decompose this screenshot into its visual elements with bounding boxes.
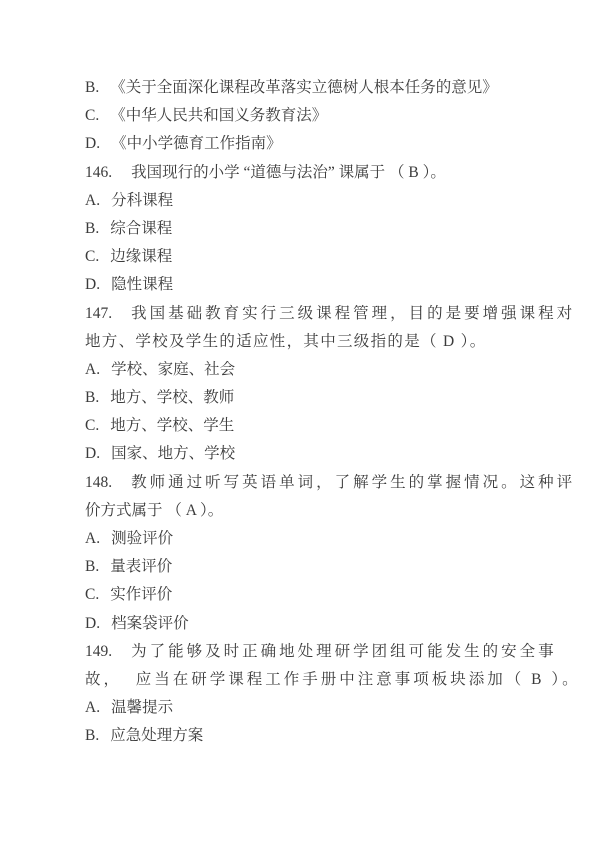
option-label: D. [85, 610, 100, 638]
line-text: 价方式属于 （ A ）。 [85, 502, 223, 519]
line-text: 实作评价 [110, 586, 172, 603]
option-label: C. [85, 243, 99, 271]
line-text: 我国基础教育实行三级课程管理，目的是要增强课程对 [131, 305, 575, 322]
option-line: B.应急处理方案 [85, 722, 590, 750]
question-text-block: B.《关于全面深化课程改革落实立德树人根本任务的意见》C.《中华人民共和国义务教… [85, 74, 590, 751]
option-label: B. [85, 74, 99, 102]
line-text: 故， 应当在研学课程工作手册中注意事项板块添加（ B ）。 [85, 671, 581, 688]
question-line: 147.我国基础教育实行三级课程管理，目的是要增强课程对 [85, 300, 590, 328]
option-line: B.综合课程 [85, 215, 590, 243]
option-label: B. [85, 722, 99, 750]
continuation-line: 价方式属于 （ A ）。 [85, 497, 590, 525]
line-text: 边缘课程 [110, 248, 172, 265]
line-text: 我国现行的小学 “道德与法治” 课属于 （ B ）。 [131, 164, 446, 181]
line-text: 国家、地方、学校 [111, 445, 235, 462]
line-text: 综合课程 [110, 220, 172, 237]
question-number: 148. [85, 469, 112, 497]
option-label: D. [85, 271, 100, 299]
line-text: 《关于全面深化课程改革落实立德树人根本任务的意见》 [110, 79, 498, 96]
option-label: D. [85, 130, 100, 158]
option-label: B. [85, 553, 99, 581]
continuation-line: 地方、学校及学生的适应性，其中三级指的是（ D ）。 [85, 328, 590, 356]
option-line: D.隐性课程 [85, 271, 590, 299]
line-text: 分科课程 [111, 192, 173, 209]
line-text: 量表评价 [110, 558, 172, 575]
line-text: 温馨提示 [111, 699, 173, 716]
option-line: C.《中华人民共和国义务教育法》 [85, 102, 590, 130]
question-number: 146. [85, 159, 112, 187]
line-text: 学校、家庭、社会 [111, 361, 235, 378]
option-line: A.学校、家庭、社会 [85, 356, 590, 384]
continuation-line: 故， 应当在研学课程工作手册中注意事项板块添加（ B ）。 [85, 666, 590, 694]
option-line: C.地方、学校、学生 [85, 412, 590, 440]
question-line: 148.教师通过听写英语单词，了解学生的掌握情况。这种评 [85, 469, 590, 497]
option-label: B. [85, 384, 99, 412]
line-text: 《中华人民共和国义务教育法》 [110, 107, 327, 124]
option-line: B.《关于全面深化课程改革落实立德树人根本任务的意见》 [85, 74, 590, 102]
line-text: 档案袋评价 [111, 615, 189, 632]
option-line: D.档案袋评价 [85, 610, 590, 638]
question-line: 149.为了能够及时正确地处理研学团组可能发生的安全事 [85, 638, 590, 666]
option-line: A.分科课程 [85, 187, 590, 215]
option-line: B.量表评价 [85, 553, 590, 581]
option-label: A. [85, 525, 100, 553]
question-number: 147. [85, 300, 112, 328]
line-text: 教师通过听写英语单词，了解学生的掌握情况。这种评 [131, 474, 575, 491]
option-label: A. [85, 356, 100, 384]
option-label: B. [85, 215, 99, 243]
line-text: 测验评价 [111, 530, 173, 547]
question-number: 149. [85, 638, 112, 666]
option-line: C.实作评价 [85, 581, 590, 609]
document-page: B.《关于全面深化课程改革落实立德树人根本任务的意见》C.《中华人民共和国义务教… [0, 0, 600, 849]
line-text: 地方、学校、学生 [110, 417, 234, 434]
option-line: C.边缘课程 [85, 243, 590, 271]
line-text: 隐性课程 [111, 276, 173, 293]
option-label: C. [85, 102, 99, 130]
option-label: C. [85, 581, 99, 609]
line-text: 应急处理方案 [110, 727, 203, 744]
line-text: 《中小学德育工作指南》 [111, 135, 282, 152]
option-line: D.国家、地方、学校 [85, 440, 590, 468]
option-label: A. [85, 694, 100, 722]
option-line: A.温馨提示 [85, 694, 590, 722]
option-label: D. [85, 440, 100, 468]
question-line: 146.我国现行的小学 “道德与法治” 课属于 （ B ）。 [85, 159, 590, 187]
option-line: A.测验评价 [85, 525, 590, 553]
line-text: 为了能够及时正确地处理研学团组可能发生的安全事 [131, 643, 557, 660]
line-text: 地方、学校、教师 [110, 389, 234, 406]
option-line: B.地方、学校、教师 [85, 384, 590, 412]
option-line: D.《中小学德育工作指南》 [85, 130, 590, 158]
option-label: C. [85, 412, 99, 440]
line-text: 地方、学校及学生的适应性，其中三级指的是（ D ）。 [85, 333, 487, 350]
option-label: A. [85, 187, 100, 215]
